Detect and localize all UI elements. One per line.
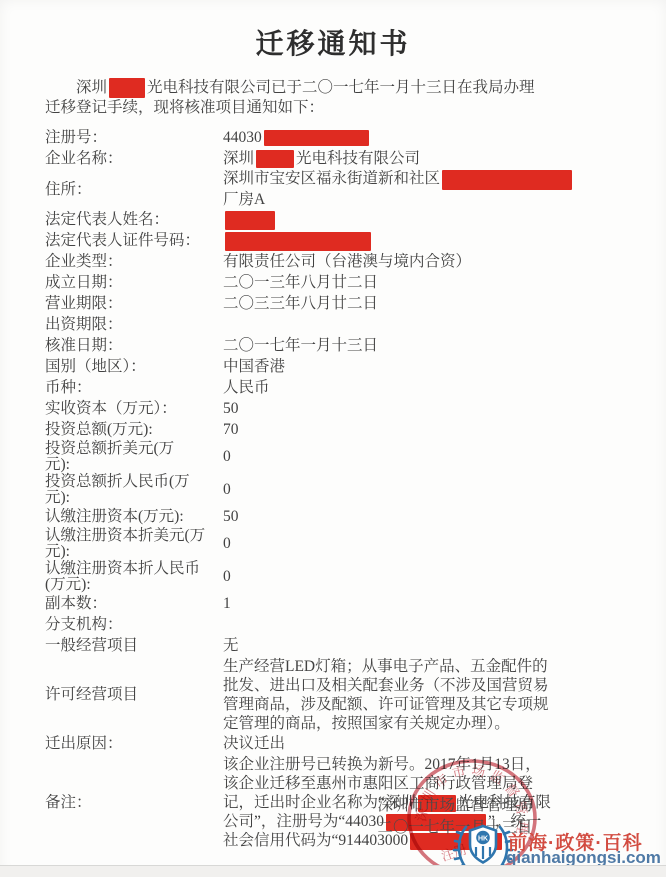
- row-business-term: 营业期限：二〇三三年八月廿二日: [45, 294, 626, 314]
- row-registration-number: 注册号：44030: [45, 127, 626, 147]
- field-value: 二〇三三年八月廿二日: [223, 294, 626, 313]
- field-value: 50: [223, 399, 626, 418]
- row-copies-count: 副本数：1: [45, 594, 626, 614]
- field-label: 住所：: [45, 180, 223, 199]
- field-value: 生产经营LED灯箱；从事电子产品、五金配件的 批发、进出口及相关配套业务（不涉及…: [223, 657, 626, 733]
- field-label: 认缴注册资本(万元):: [45, 507, 223, 526]
- row-total-investment-usd: 投资总额折美元(万 元):0: [45, 441, 626, 473]
- field-value: [223, 210, 626, 230]
- field-label: 备注：: [45, 793, 223, 812]
- scan-bottom-band: [0, 865, 666, 877]
- row-total-investment: 投资总额(万元):70: [45, 420, 626, 440]
- field-label: 企业类型：: [45, 252, 223, 271]
- field-label: 投资总额折人民币(万 元):: [45, 474, 223, 506]
- row-general-business-scope: 一般经营项目无: [45, 636, 626, 656]
- field-label: 注册号：: [45, 128, 223, 147]
- row-establishment-date: 成立日期：二〇一三年八月廿二日: [45, 273, 626, 293]
- field-value: 有限责任公司（台港澳与境内合资）: [223, 252, 626, 271]
- field-label: 核准日期：: [45, 336, 223, 355]
- redaction-box: [442, 170, 572, 190]
- field-label: 营业期限：: [45, 294, 223, 313]
- row-branches: 分支机构：: [45, 615, 626, 635]
- field-label: 法定代表人姓名：: [45, 210, 223, 229]
- field-value: 无: [223, 636, 626, 655]
- field-value: 44030: [223, 128, 626, 147]
- field-value: 0: [223, 567, 626, 586]
- field-label: 认缴注册资本折美元(万 元):: [45, 528, 223, 560]
- field-value: 50: [223, 507, 626, 526]
- field-value: 中国香港: [223, 357, 626, 376]
- row-subscribed-capital: 认缴注册资本(万元):50: [45, 507, 626, 527]
- row-approval-date: 核准日期：二〇一七年一月十三日: [45, 336, 626, 356]
- field-value: 决议迁出: [223, 734, 626, 753]
- field-label: 企业名称：: [45, 149, 223, 168]
- field-label: 实收资本（万元）：: [45, 399, 223, 418]
- scanned-document-page: 迁移通知书 深圳光电科技有限公司已于二〇一七年一月十三日在我局办理迁移登记手续，…: [0, 0, 666, 877]
- field-label: 投资总额折美元(万 元):: [45, 441, 223, 473]
- row-company-type: 企业类型：有限责任公司（台港澳与境内合资）: [45, 252, 626, 272]
- field-value: 0: [223, 447, 626, 466]
- field-label: 国别（地区）：: [45, 357, 223, 376]
- row-currency: 币种：人民币: [45, 378, 626, 398]
- field-label: 币种：: [45, 378, 223, 397]
- field-label: 副本数：: [45, 594, 223, 613]
- intro-paragraph: 深圳光电科技有限公司已于二〇一七年一月十三日在我局办理迁移登记手续，现将核准项目…: [45, 78, 620, 118]
- field-value: 人民币: [223, 378, 626, 397]
- field-value: 二〇一七年一月十三日: [223, 336, 626, 355]
- redaction-box: [264, 130, 369, 146]
- field-label: 一般经营项目: [45, 636, 223, 655]
- field-value: 0: [223, 534, 626, 553]
- field-label: 分支机构：: [45, 615, 223, 634]
- row-paid-in-capital: 实收资本（万元）：50: [45, 399, 626, 419]
- document-title: 迁移通知书: [0, 22, 666, 62]
- redaction-box: [225, 232, 371, 251]
- field-value: 1: [223, 594, 626, 613]
- row-licensed-business-scope: 许可经营项目生产经营LED灯箱；从事电子产品、五金配件的 批发、进出口及相关配套…: [45, 657, 626, 733]
- redaction-box: [109, 78, 145, 98]
- field-label: 投资总额(万元):: [45, 420, 223, 439]
- field-label: 成立日期：: [45, 273, 223, 292]
- field-label: 许可经营项目: [45, 685, 223, 704]
- field-value: 深圳市宝安区福永街道新和社区厂房A: [223, 169, 626, 208]
- row-subscribed-capital-rmb: 认缴注册资本折人民币 (万元):0: [45, 561, 626, 593]
- field-value: 深圳光电科技有限公司: [223, 149, 626, 168]
- field-value: 二〇一三年八月廿二日: [223, 273, 626, 292]
- fields-table: 注册号：44030 企业名称：深圳光电科技有限公司 住所：深圳市宝安区福永街道新…: [45, 127, 626, 849]
- row-legal-rep-id-number: 法定代表人证件号码：: [45, 231, 626, 251]
- field-value: [223, 231, 626, 251]
- field-label: 出资期限：: [45, 315, 223, 334]
- row-company-name: 企业名称：深圳光电科技有限公司: [45, 148, 626, 168]
- row-total-investment-rmb: 投资总额折人民币(万 元):0: [45, 474, 626, 506]
- field-value: 70: [223, 420, 626, 439]
- field-label: 法定代表人证件号码：: [45, 231, 223, 250]
- redaction-box: [256, 150, 294, 168]
- row-capital-contribution-term: 出资期限：: [45, 315, 626, 335]
- row-move-out-reason: 迁出原因：决议迁出: [45, 734, 626, 754]
- row-subscribed-capital-usd: 认缴注册资本折美元(万 元):0: [45, 528, 626, 560]
- logo-monogram: HK: [478, 835, 488, 842]
- field-label: 迁出原因：: [45, 734, 223, 753]
- redaction-box: [225, 211, 275, 230]
- row-address: 住所：深圳市宝安区福永街道新和社区厂房A: [45, 169, 626, 208]
- row-country-region: 国别（地区）：中国香港: [45, 357, 626, 377]
- row-legal-rep-name: 法定代表人姓名：: [45, 210, 626, 230]
- field-value: 0: [223, 480, 626, 499]
- field-label: 认缴注册资本折人民币 (万元):: [45, 561, 223, 593]
